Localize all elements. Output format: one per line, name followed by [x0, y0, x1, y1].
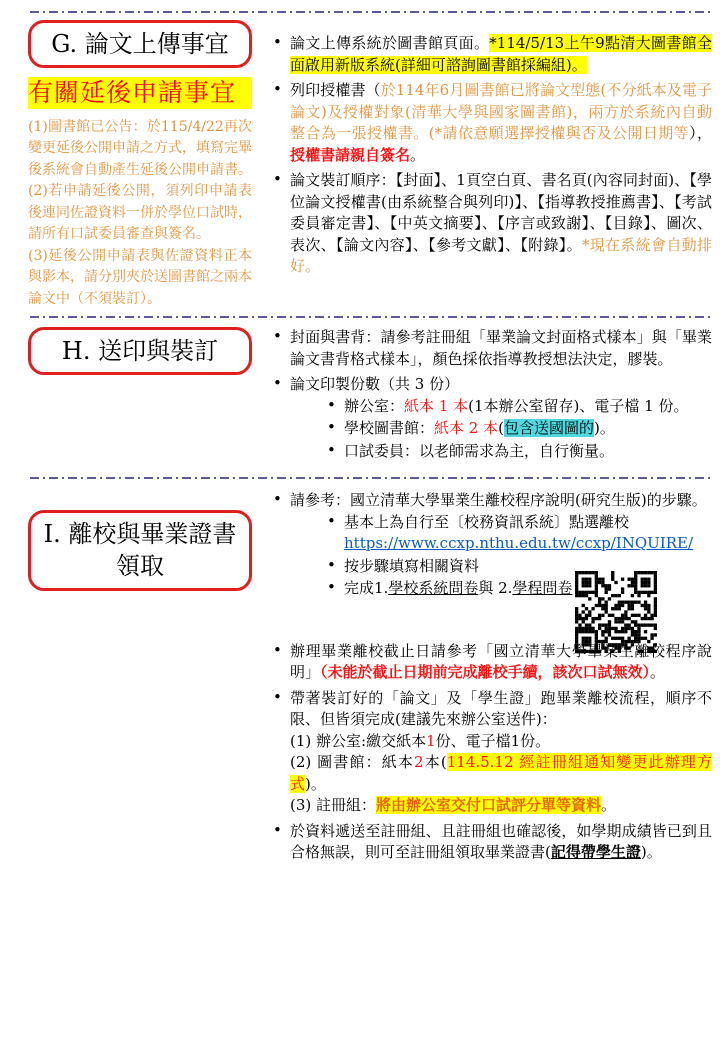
text-run: 份、電子檔1份。	[436, 732, 551, 750]
section-g-subheading: 有關延後申請事宜	[28, 77, 252, 108]
dashed-divider-top	[30, 11, 712, 13]
red-run: 1	[426, 732, 436, 750]
text-run: ），	[689, 124, 712, 142]
sub-bullet-committee: 口試委員：以老師需求為主，自行衡量。	[322, 441, 712, 463]
leave-steps-sublist: 基本上為自行至〔校務資訊系統〕點選離校 https://www.ccxp.nth…	[290, 512, 712, 600]
bullet-cover-spine: 封面與書背：請參考註冊組「畢業論文封面格式樣本」與「畢業論文書背格式樣本」，顏色…	[268, 327, 712, 370]
text-run: 基本上為自行至〔校務資訊系統〕點選離校	[344, 513, 629, 531]
note-paragraph-2: (2)若申請延後公開，須列印申請表後連同佐證資料一併於學位口試時，請所有口試委員…	[28, 181, 252, 246]
bullet-binding-order: 論文裝訂順序：【封面】、1頁空白頁、書名頁(內容同封面)、【學位論文授權書(由系…	[268, 170, 712, 278]
bold-underline-run: 記得帶學生證	[551, 843, 641, 861]
text-run: )。	[594, 419, 615, 437]
section-h-left-column: H. 送印與裝訂	[28, 327, 252, 375]
text-run: 本(	[424, 753, 447, 771]
note-paragraph-1: (1)圖書館已公告：於115/4/22再次變更延後公開申請之方式，填寫完畢後系統…	[28, 117, 252, 182]
process-item-library: (2) 圖書館：紙本2本(114.5.12 經註冊組通知變更此辦理方式)。	[290, 752, 712, 795]
ccxp-link[interactable]: https://www.ccxp.nthu.edu.tw/ccxp/INQUIR…	[344, 534, 693, 552]
section-i-title: I. 離校與畢業證書領取	[44, 520, 237, 580]
bullet-authorization: 列印授權書（於114年6月圖書館已將論文型態(不分紙本及電子論文)及授權對象(清…	[268, 80, 712, 166]
text-run: )。	[305, 775, 326, 793]
section-g-title-box: G. 論文上傳事宜	[28, 20, 252, 68]
text-run: 帶著裝訂好的「論文」及「學生證」跑畢業離校流程，順序不限、但皆須完成(建議先來辦…	[290, 689, 712, 729]
sub-bullet-library: 學校圖書館：紙本 2 本(包含送國圖的)。	[322, 418, 712, 440]
section-g-notes: (1)圖書館已公告：於115/4/22再次變更延後公開申請之方式，填寫完畢後系統…	[28, 117, 252, 311]
dashed-divider-g-h	[30, 316, 712, 318]
section-h-title-box: H. 送印與裝訂	[28, 327, 252, 375]
section-g-left-column: G. 論文上傳事宜 有關延後申請事宜 (1)圖書館已公告：於115/4/22再次…	[28, 20, 252, 310]
text-run: (2) 圖書館：紙本	[290, 753, 414, 771]
bullet-diploma: 於資料遞送至註冊組、且註冊組也確認後，如學期成績皆已到且合格無誤，則可至註冊組領…	[268, 821, 712, 864]
text-run: 完成1.	[344, 579, 388, 597]
sub-bullet-fill-data: 按步驟填寫相關資料	[322, 556, 712, 578]
text-run: ：	[572, 579, 587, 597]
red-run: 紙本 1 本	[404, 397, 468, 415]
section-h-title: H. 送印與裝訂	[62, 337, 218, 365]
sub-bullet-surveys: 完成1.學校系統問卷與 2.學程問卷：	[322, 578, 712, 600]
text-run: 論文印製份數（共 3 份）	[290, 375, 459, 393]
red-run: 紙本 2 本	[434, 419, 498, 437]
bullet-print-copies: 論文印製份數（共 3 份） 辦公室：紙本 1 本(1本辦公室留存)、電子檔 1 …	[268, 374, 712, 462]
section-i-left-column: I. 離校與畢業證書領取	[28, 510, 252, 591]
text-run: (3) 註冊組：	[290, 796, 376, 814]
process-item-office: (1) 辦公室:繳交紙本1份、電子檔1份。	[290, 731, 712, 753]
section-h-bullets: 封面與書背：請參考註冊組「畢業論文封面格式樣本」與「畢業論文書背格式樣本」，顏色…	[268, 327, 712, 466]
text-run: (1本辦公室留存)、電子檔 1 份。	[468, 397, 688, 415]
text-run: 。	[567, 236, 582, 254]
dashed-divider-h-i	[30, 477, 712, 479]
red-run: 2	[414, 753, 424, 771]
text-run: 請參考：國立清華大學畢業生離校程序說明(研究生版)的步驟。	[290, 491, 707, 509]
red-bold-run: （未能於截止日期前完成離校手續，該次口試無效）	[320, 663, 650, 681]
underline-run: 學程問卷	[512, 579, 572, 597]
text-run: 學校圖書館：	[344, 419, 434, 437]
process-item-registrar: (3) 註冊組：將由辦公室交付口試評分單等資料。	[290, 795, 712, 817]
text-run: (1) 辦公室:繳交紙本	[290, 732, 426, 750]
document-page: G. 論文上傳事宜 有關延後申請事宜 (1)圖書館已公告：於115/4/22再次…	[0, 0, 720, 1040]
text-run: 論文上傳系統於圖書館頁面。	[290, 34, 489, 52]
sub-bullet-office: 辦公室：紙本 1 本(1本辦公室留存)、電子檔 1 份。	[322, 396, 712, 418]
cyan-highlight-run: 包含送國圖的	[504, 419, 594, 437]
section-g-title: G. 論文上傳事宜	[51, 30, 229, 58]
text-run: 與 2.	[478, 579, 512, 597]
text-run: 。	[601, 796, 616, 814]
bullet-leave-procedure: 請參考：國立清華大學畢業生離校程序說明(研究生版)的步驟。 基本上為自行至〔校務…	[268, 490, 712, 600]
sub-bullet-ccxp: 基本上為自行至〔校務資訊系統〕點選離校 https://www.ccxp.nth…	[322, 512, 712, 555]
text-run: 。	[650, 663, 665, 681]
bullet-deadline: 辦理畢業離校截止日請參考「國立清華大學畢業生離校程序說明」（未能於截止日期前完成…	[268, 641, 712, 684]
section-i-bullets: 請參考：國立清華大學畢業生離校程序說明(研究生版)的步驟。 基本上為自行至〔校務…	[268, 490, 712, 868]
text-run: 。	[410, 146, 425, 164]
text-run: 列印授權書（	[290, 81, 381, 99]
section-i-title-box: I. 離校與畢業證書領取	[28, 510, 252, 591]
yellow-orange-run: 將由辦公室交付口試評分單等資料	[376, 796, 601, 814]
text-run: 辦公室：	[344, 397, 404, 415]
bullet-upload-system: 論文上傳系統於圖書館頁面。*114/5/13上午9點清大圖書館全面啟用新版系統(…	[268, 33, 712, 76]
section-g-bullets: 論文上傳系統於圖書館頁面。*114/5/13上午9點清大圖書館全面啟用新版系統(…	[268, 33, 712, 282]
note-paragraph-3: (3)延後公開申請表與佐證資料正本與影本，請分別夾於送圖書館之兩本論文中（不須裝…	[28, 246, 252, 311]
underline-run: 學校系統問卷	[388, 579, 478, 597]
text-run: )。	[641, 843, 662, 861]
copies-sublist: 辦公室：紙本 1 本(1本辦公室留存)、電子檔 1 份。 學校圖書館：紙本 2 …	[290, 396, 712, 463]
red-bold-run: 授權書請親自簽名	[290, 146, 410, 164]
bullet-run-process: 帶著裝訂好的「論文」及「學生證」跑畢業離校流程，順序不限、但皆須完成(建議先來辦…	[268, 688, 712, 817]
